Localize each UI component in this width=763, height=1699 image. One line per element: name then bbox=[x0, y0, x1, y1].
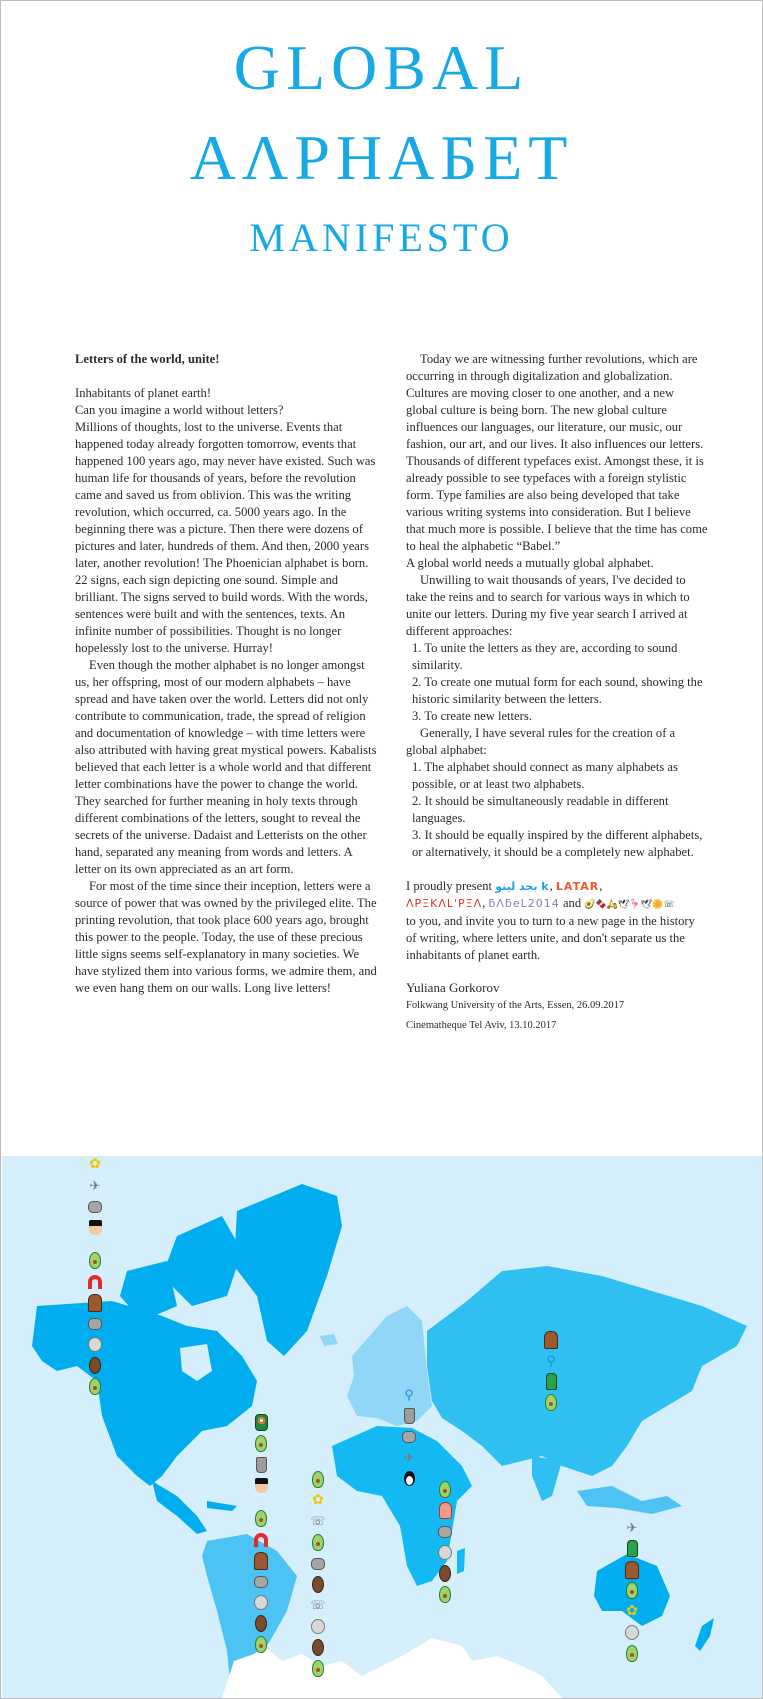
avocado-icon bbox=[88, 1252, 102, 1269]
world-map: ✿ ✈ ✿ bbox=[2, 1156, 762, 1698]
coffee-bean-icon bbox=[311, 1576, 325, 1593]
paragraph: to you, and invite you to turn to a new … bbox=[406, 913, 708, 964]
manifesto-page: GLOBAL AΛPHAБET MANIFESTO Letters of the… bbox=[0, 0, 763, 1699]
globe-cursor-icon bbox=[254, 1594, 268, 1611]
avocado-icon bbox=[544, 1394, 558, 1411]
alphabet-sample-emoji: 🥑🍫🛵🕊🦩🕊🌼☏ bbox=[584, 899, 674, 909]
paragraph: Generally, I have several rules for the … bbox=[406, 725, 708, 759]
zorro-icon bbox=[254, 1477, 268, 1494]
approach-item: 3. To create new letters. bbox=[406, 708, 708, 725]
icon-column-europe: ⚲ ✈ bbox=[402, 1386, 416, 1487]
left-text-column: Letters of the world, unite! Inhabitants… bbox=[75, 351, 377, 997]
venue-line-2: Cinematheque Tel Aviv, 13.10.2017 bbox=[406, 1016, 708, 1036]
origami-crane-icon: ✈ bbox=[88, 1177, 102, 1194]
venue-line-1: Folkwang University of the Arts, Essen, … bbox=[406, 996, 708, 1016]
title-line-manifesto: MANIFESTO bbox=[1, 214, 762, 262]
globe-cursor-icon bbox=[311, 1618, 325, 1635]
eskimo-icon bbox=[625, 1561, 639, 1578]
radio-icon bbox=[311, 1555, 325, 1572]
zorro-icon bbox=[88, 1219, 102, 1236]
icon-column-atlantic: ✿ ☏ ☏ bbox=[311, 1471, 325, 1677]
magnet-icon bbox=[88, 1273, 102, 1290]
radio-icon bbox=[88, 1198, 102, 1215]
radio-icon bbox=[402, 1428, 416, 1445]
coffee-bean-icon bbox=[254, 1615, 268, 1632]
paragraph: A global world needs a mutually global a… bbox=[406, 555, 708, 572]
flower-icon: ✿ bbox=[625, 1603, 639, 1620]
present-line-2: ΛΡΞΚΛL'ΡΞΛ, ƃΛƃeL2014 and 🥑🍫🛵🕊🦩🕊🌼☏ bbox=[406, 895, 708, 913]
flamingo-icon bbox=[438, 1502, 452, 1519]
coffee-bean-icon bbox=[88, 1357, 102, 1374]
alphabet-sample-babel: ƃΛƃeL2014 bbox=[488, 897, 559, 910]
eskimo-icon bbox=[254, 1552, 268, 1569]
icon-column-north-america: ✿ ✈ bbox=[88, 1156, 102, 1395]
manifesto-heading: Letters of the world, unite! bbox=[75, 351, 377, 368]
avocado-icon bbox=[438, 1586, 452, 1603]
phone-icon: ☏ bbox=[311, 1513, 325, 1530]
paragraph: For most of the time since their incepti… bbox=[75, 878, 377, 997]
origami-crane-icon: ✈ bbox=[625, 1519, 639, 1536]
alphabet-sample-apokalypsa: ΛΡΞΚΛL'ΡΞΛ bbox=[406, 897, 482, 910]
radio-icon bbox=[88, 1315, 102, 1332]
alphabet-sample-abcdinu: بجد لينو k bbox=[495, 880, 549, 893]
right-text-column: Today we are witnessing further revoluti… bbox=[406, 351, 708, 1036]
rule-item: 3. It should be equally inspired by the … bbox=[406, 827, 708, 861]
title-line-alphabet: AΛPHAБET bbox=[1, 119, 762, 197]
avocado-icon bbox=[625, 1582, 639, 1599]
penguin-icon bbox=[402, 1470, 416, 1487]
approach-item: 1. To unite the letters as they are, acc… bbox=[406, 640, 708, 674]
usb-icon bbox=[254, 1456, 268, 1473]
title-line-global: GLOBAL bbox=[1, 29, 762, 107]
magnet-icon bbox=[254, 1531, 268, 1548]
yoga-person-icon: ⚲ bbox=[402, 1386, 416, 1403]
avocado-icon bbox=[311, 1660, 325, 1677]
icon-column-east-africa bbox=[438, 1481, 452, 1603]
globe-cursor-icon bbox=[88, 1336, 102, 1353]
globe-cursor-icon bbox=[625, 1624, 639, 1641]
avocado-icon bbox=[88, 1378, 102, 1395]
champagne-bottle-icon bbox=[625, 1540, 639, 1557]
avocado-icon bbox=[625, 1645, 639, 1662]
paragraph: Can you imagine a world without letters? bbox=[75, 402, 377, 419]
eskimo-icon bbox=[88, 1294, 102, 1311]
sushi-icon bbox=[254, 1414, 268, 1431]
paragraph: Unwilling to wait thousands of years, I'… bbox=[406, 572, 708, 640]
alphabet-sample-latar: LATAR bbox=[556, 880, 599, 893]
avocado-icon bbox=[254, 1510, 268, 1527]
origami-crane-icon: ✈ bbox=[402, 1449, 416, 1466]
paragraph: Today we are witnessing further revoluti… bbox=[406, 351, 708, 555]
approach-item: 2. To create one mutual form for each so… bbox=[406, 674, 708, 708]
avocado-icon bbox=[438, 1481, 452, 1498]
paragraph: Millions of thoughts, lost to the univer… bbox=[75, 419, 377, 657]
usb-icon bbox=[402, 1407, 416, 1424]
paragraph: Inhabitants of planet earth! bbox=[75, 385, 377, 402]
coffee-bean-icon bbox=[438, 1565, 452, 1582]
icon-column-south-america bbox=[254, 1414, 268, 1653]
world-map-shapes bbox=[2, 1156, 762, 1698]
radio-icon bbox=[254, 1573, 268, 1590]
avocado-icon bbox=[254, 1636, 268, 1653]
avocado-icon bbox=[311, 1534, 325, 1551]
flower-icon: ✿ bbox=[311, 1492, 325, 1509]
icon-column-russia: ⚲ bbox=[544, 1331, 558, 1411]
paragraph: Even though the mother alphabet is no lo… bbox=[75, 657, 377, 878]
globe-cursor-icon bbox=[438, 1544, 452, 1561]
icon-column-australia: ✈ ✿ bbox=[625, 1519, 639, 1662]
rule-item: 1. The alphabet should connect as many a… bbox=[406, 759, 708, 793]
champagne-bottle-icon bbox=[544, 1373, 558, 1390]
avocado-icon bbox=[254, 1435, 268, 1452]
present-line: I proudly present بجد لينو k, LATAR, bbox=[406, 878, 708, 895]
rule-item: 2. It should be simultaneously readable … bbox=[406, 793, 708, 827]
eskimo-icon bbox=[544, 1331, 558, 1348]
yoga-person-icon: ⚲ bbox=[544, 1352, 558, 1369]
radio-icon bbox=[438, 1523, 452, 1540]
avocado-icon bbox=[311, 1471, 325, 1488]
phone-icon: ☏ bbox=[311, 1597, 325, 1614]
coffee-bean-icon bbox=[311, 1639, 325, 1656]
author-name: Yuliana Gorkorov bbox=[406, 979, 708, 996]
flower-icon: ✿ bbox=[88, 1156, 102, 1173]
